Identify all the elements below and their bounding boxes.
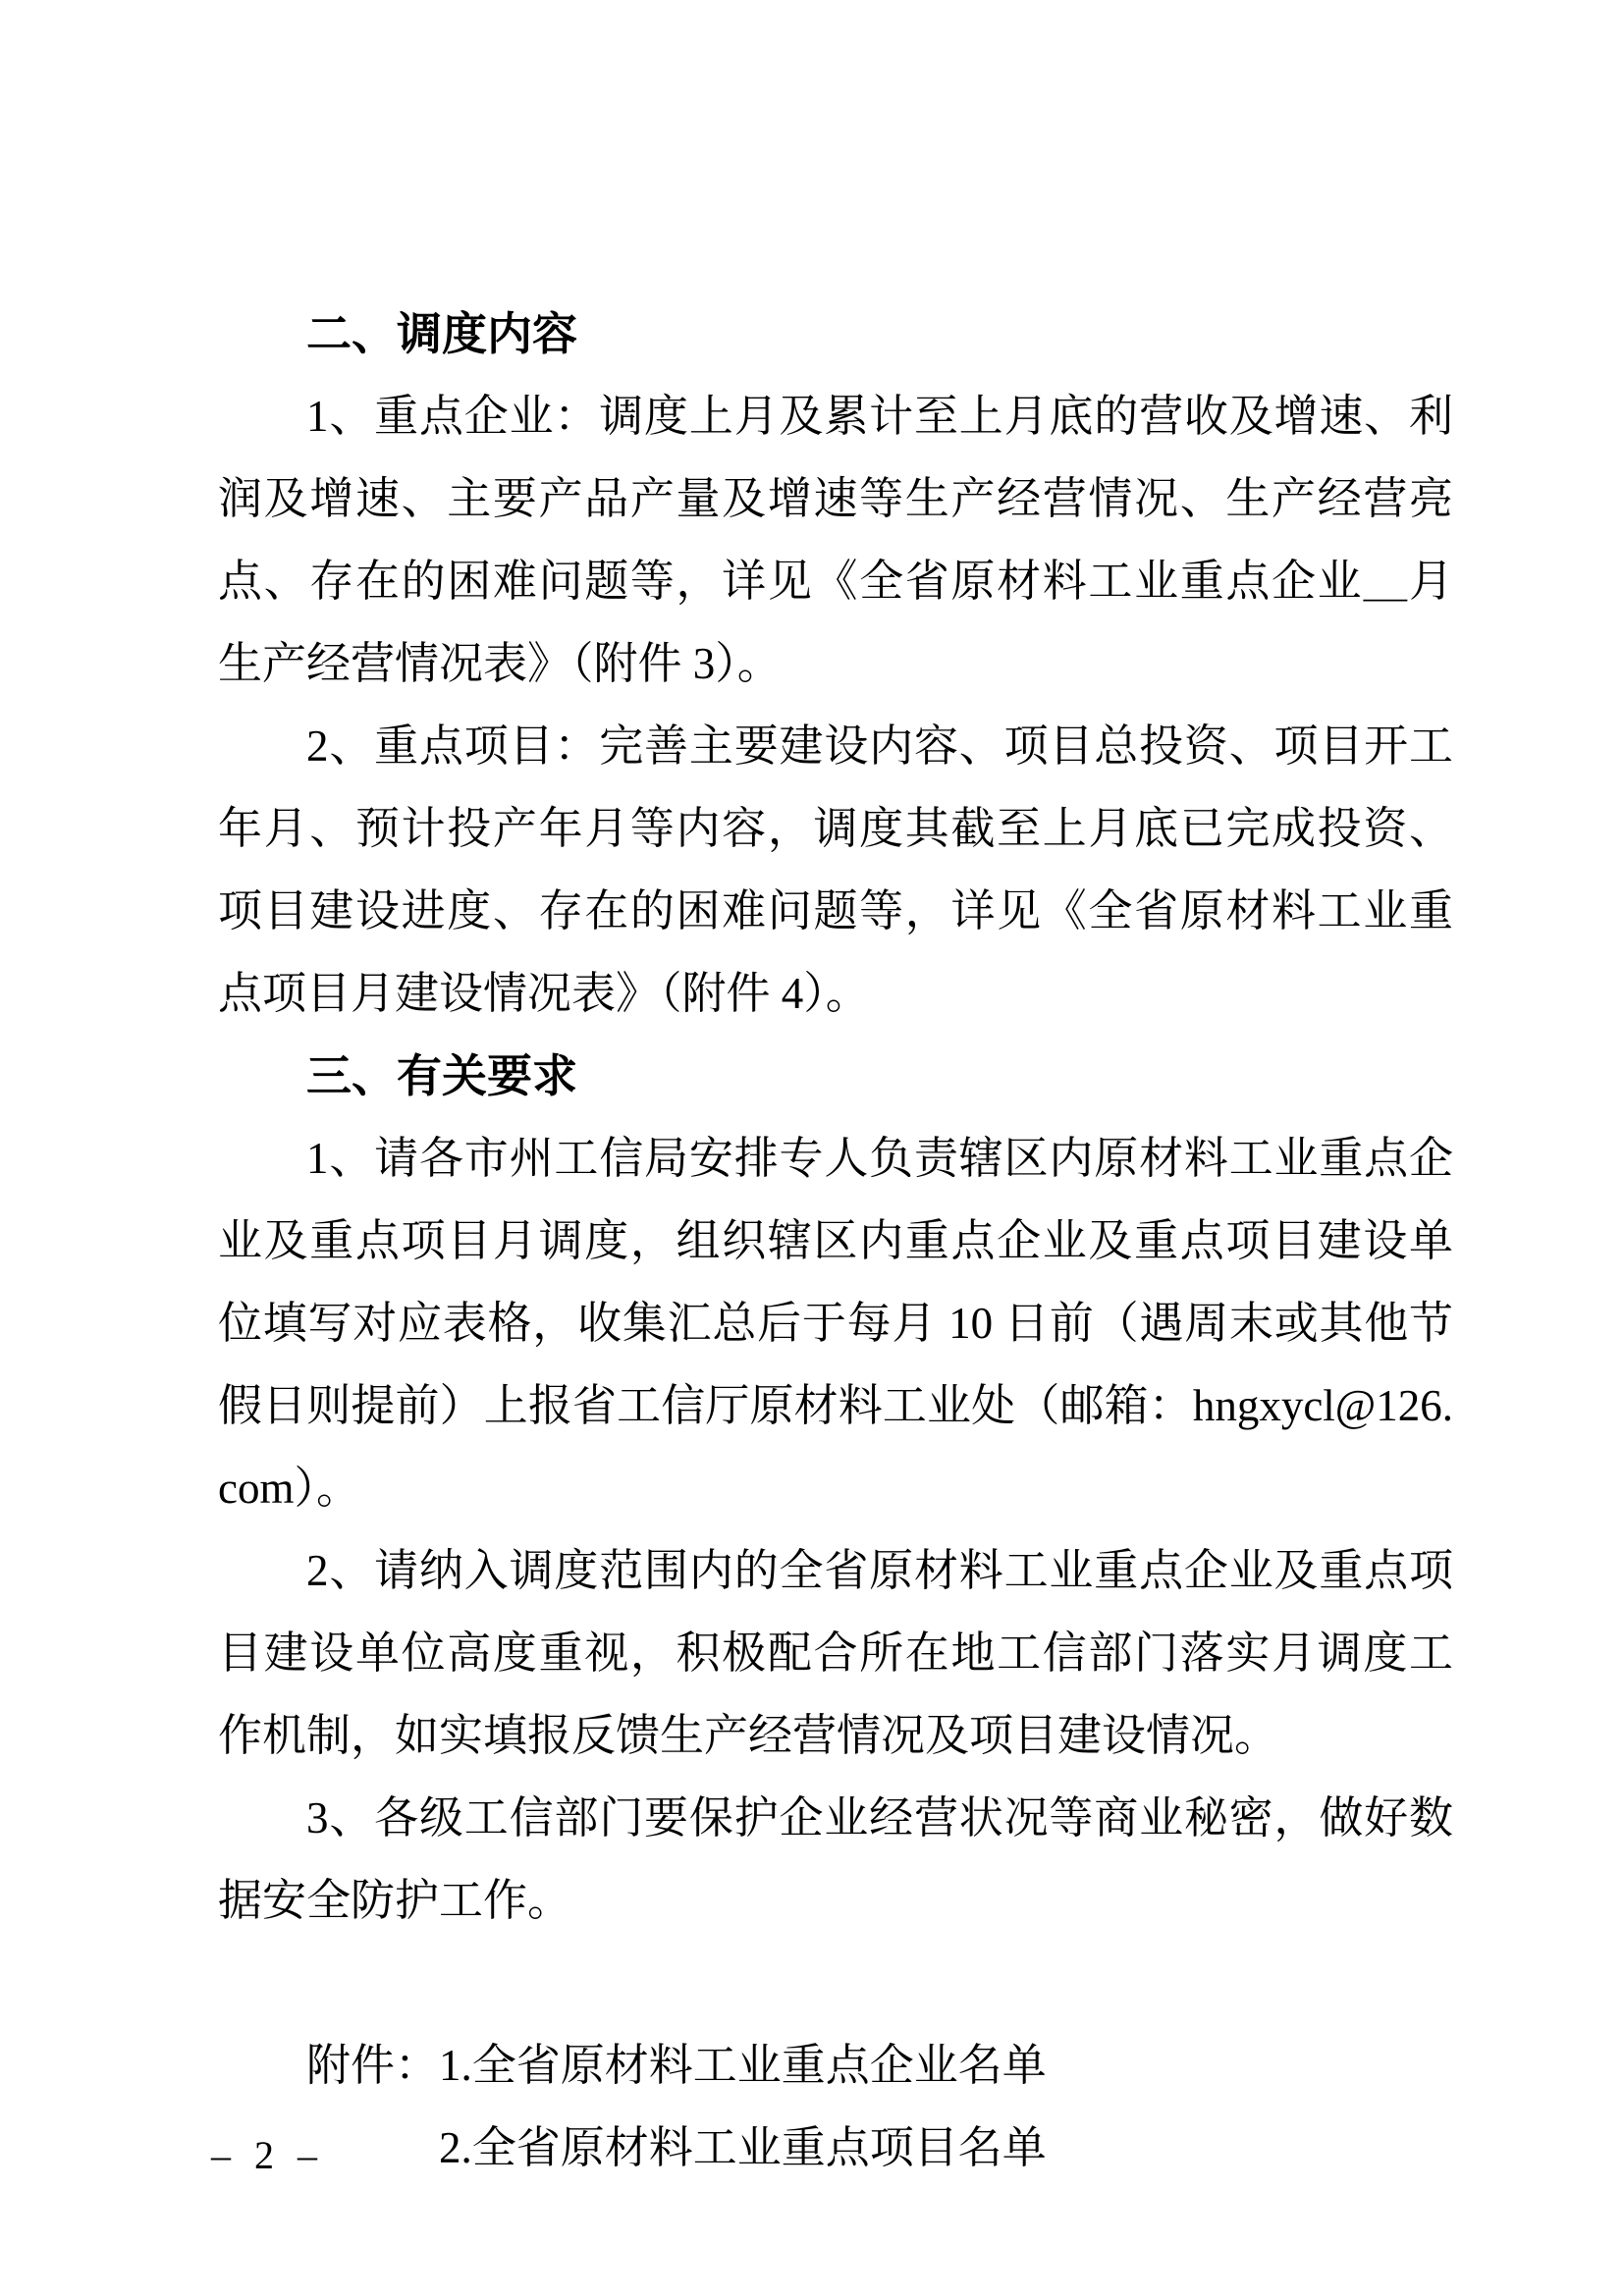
paragraph-key-projects: 2、重点项目：完善主要建设内容、项目总投资、项目开工年月、预计投产年月等内容，调… xyxy=(218,705,1453,1035)
document-page: 二、调度内容 1、重点企业：调度上月及累计至上月底的营收及增速、利润及增速、主要… xyxy=(0,0,1624,2296)
page-number: – 2 – xyxy=(211,2136,319,2175)
paragraph-key-enterprises: 1、重点企业：调度上月及累计至上月底的营收及增速、利润及增速、主要产品产量及增速… xyxy=(218,375,1453,705)
section-heading-requirements: 三、有关要求 xyxy=(218,1035,1453,1117)
attachments-list: 1.全省原材料工业重点企业名单 2.全省原材料工业重点项目名单 xyxy=(439,2024,1453,2189)
section-heading-scheduling-content: 二、调度内容 xyxy=(218,293,1453,375)
paragraph-requirement-1: 1、请各市州工信局安排专人负责辖区内原材料工业重点企业及重点项目月调度，组织辖区… xyxy=(218,1117,1453,1529)
document-body: 二、调度内容 1、重点企业：调度上月及累计至上月底的营收及增速、利润及增速、主要… xyxy=(218,293,1453,2189)
paragraph-requirement-3: 3、各级工信部门要保护企业经营状况等商业秘密，做好数据安全防护工作。 xyxy=(218,1777,1453,1942)
attachments-label: 附件： xyxy=(306,2024,439,2189)
paragraph-requirement-2: 2、请纳入调度范围内的全省原材料工业重点企业及重点项目建设单位高度重视，积极配合… xyxy=(218,1529,1453,1777)
attachment-item-enterprise-list: 1.全省原材料工业重点企业名单 xyxy=(439,2024,1453,2107)
attachments-block: 附件： 1.全省原材料工业重点企业名单 2.全省原材料工业重点项目名单 xyxy=(218,2024,1453,2189)
attachment-item-project-list: 2.全省原材料工业重点项目名单 xyxy=(439,2107,1453,2189)
